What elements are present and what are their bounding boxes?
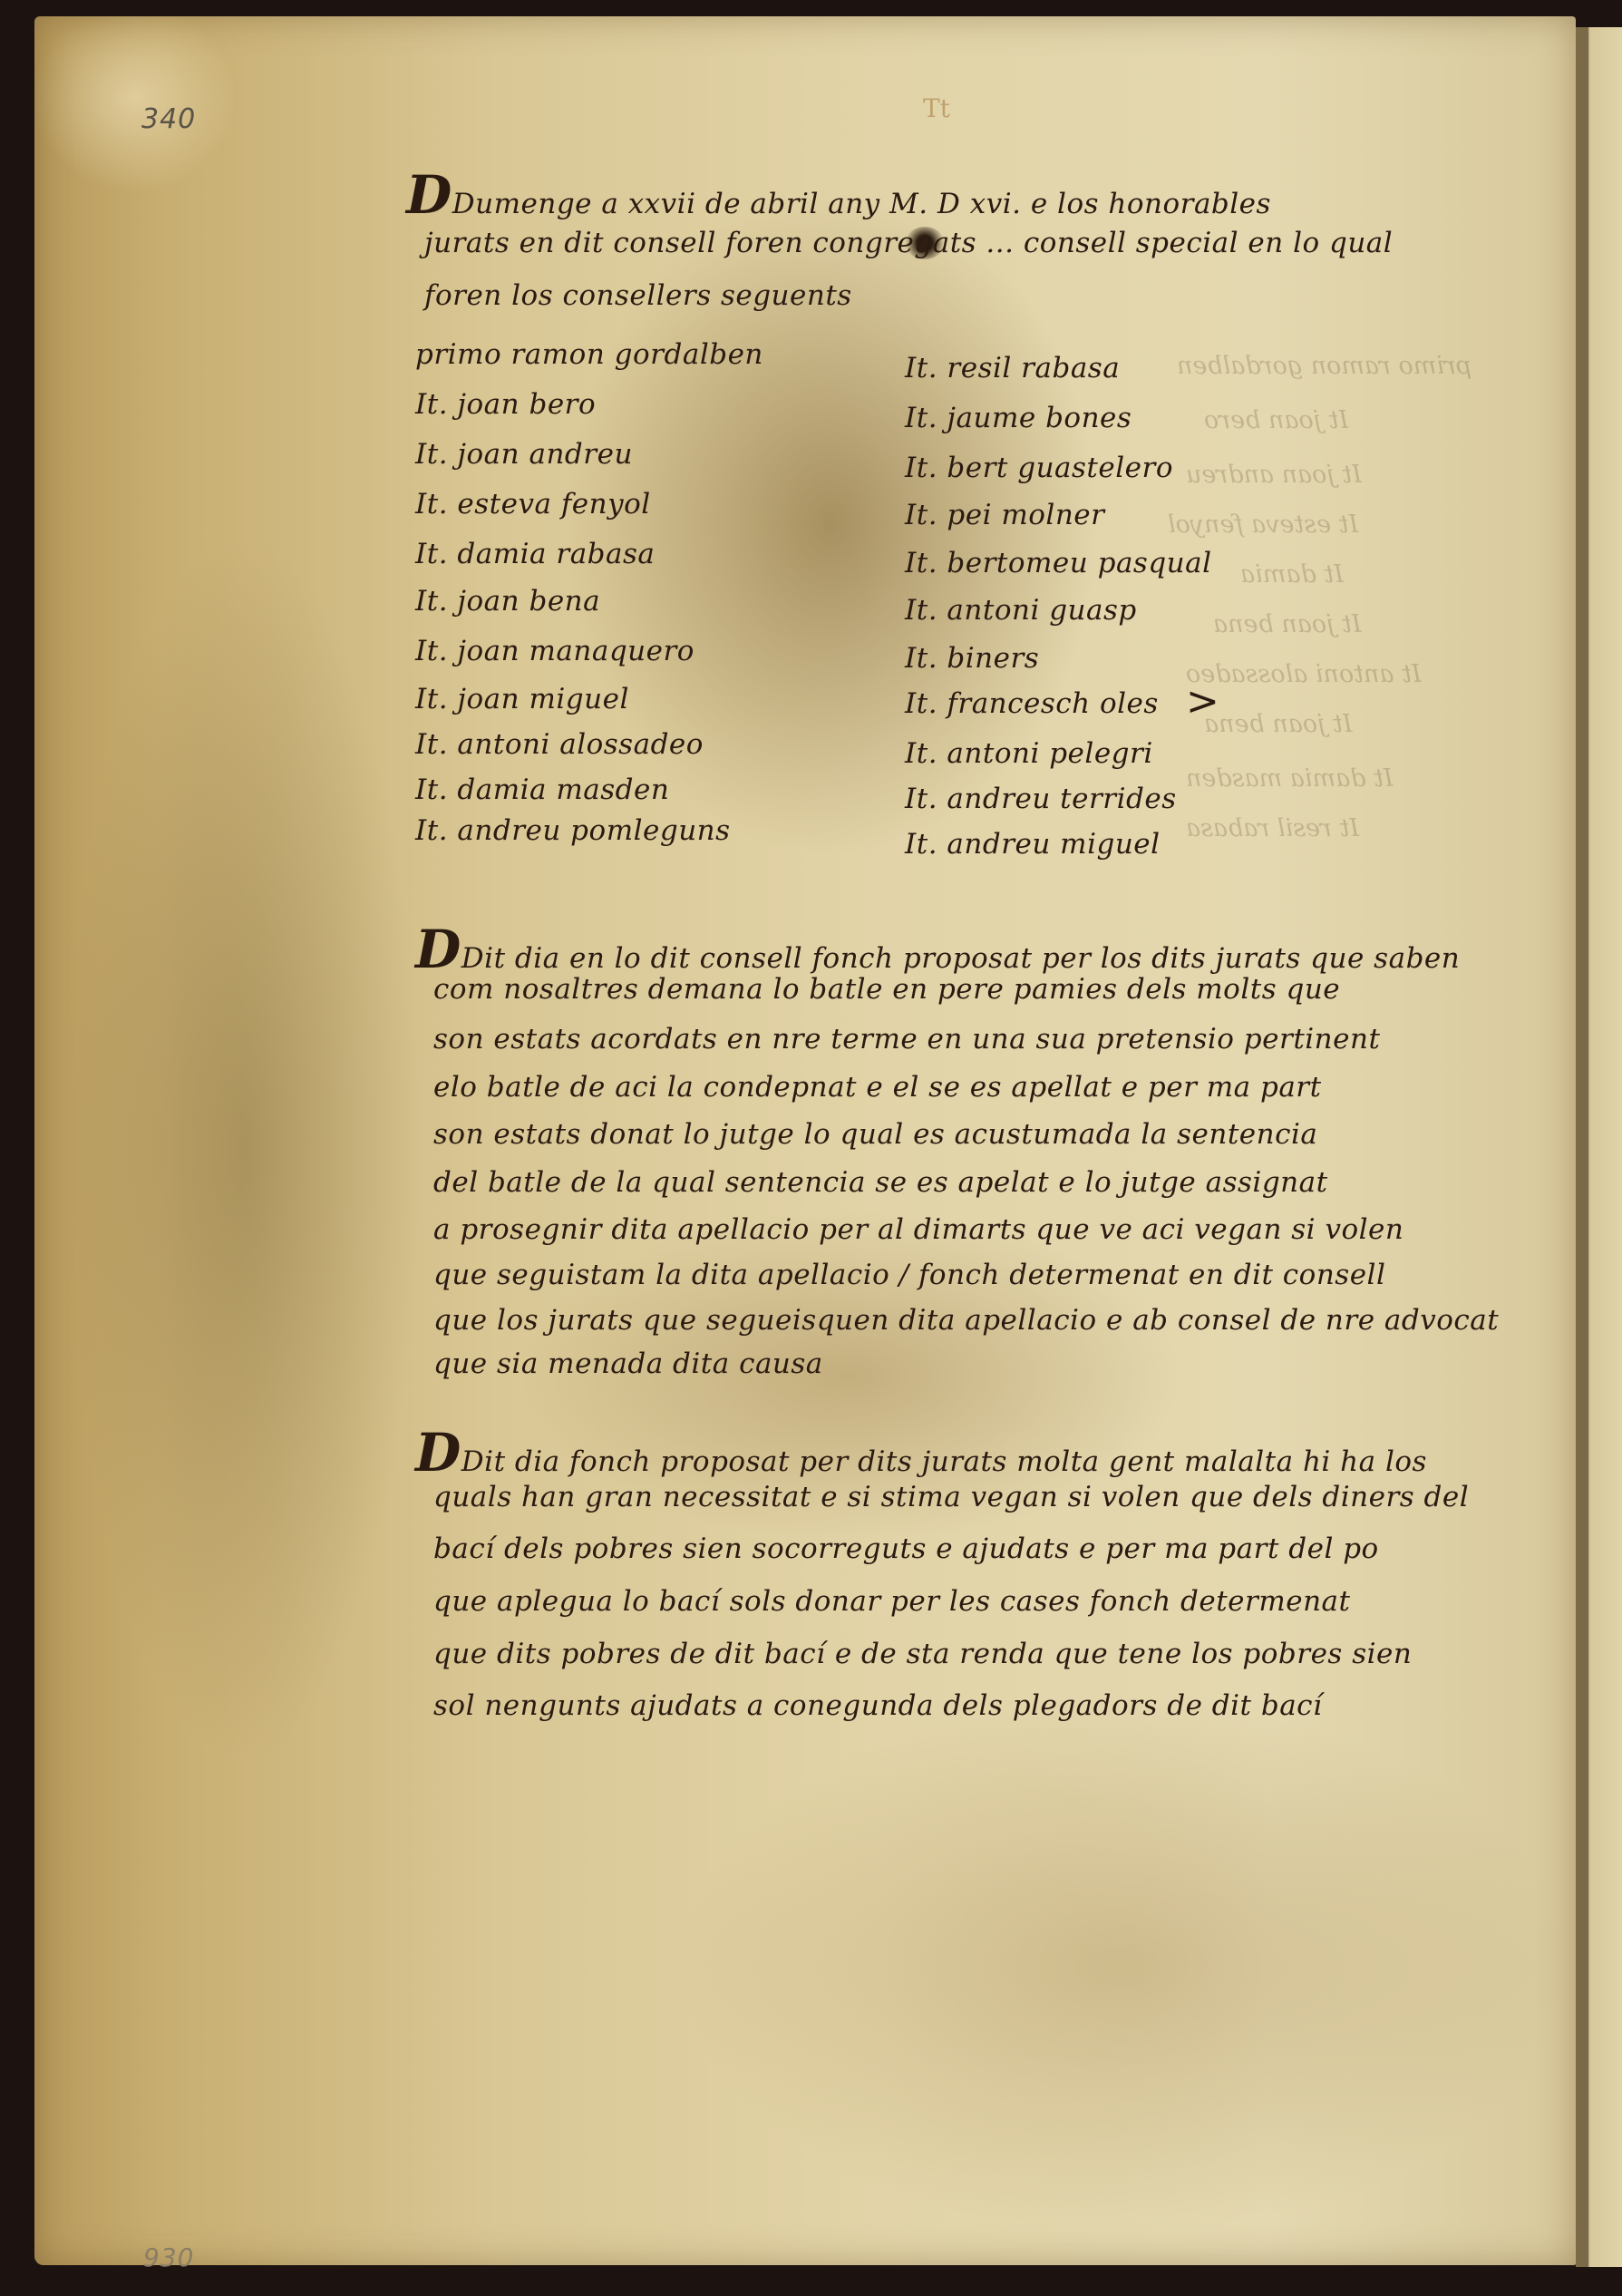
paragraph-line: que seguistam la dita apellacio / fonch … [433,1259,1385,1291]
councillor-name: It. andreu terrides [905,783,1177,815]
bracket-mark: > [1186,678,1219,725]
bleed-through-text: It damia masden [1186,764,1394,793]
gutter-shadow [1576,27,1588,2267]
header-line: foren los consellers seguents [424,279,852,312]
paragraph-line: son estats donat lo jutge lo qual es acu… [433,1118,1317,1151]
folio-number-top: 340 [141,103,196,135]
councillor-name: It. joan miguel [415,683,629,715]
paragraph-line: que los jurats que segueisquen dita apel… [433,1304,1499,1337]
councillor-name: It. jaume bones [905,402,1132,434]
bleed-through-text: It joan andreu [1186,461,1362,489]
paragraph-line: que dits pobres de dit bací e de sta ren… [433,1638,1412,1670]
bleed-through-text: It joan bero [1204,406,1348,434]
councillor-name: It. joan bero [415,388,596,421]
bleed-through-text: primo ramon gordalben [1177,352,1471,380]
paragraph-line: elo batle de aci la condepnat e el se es… [433,1071,1322,1104]
councillor-name: It. resil rabasa [905,352,1120,384]
bleed-through-text: It joan bena [1204,710,1353,738]
paragraph-line: bací dels pobres sien socorreguts e ajud… [433,1532,1379,1565]
bleed-through-text: It damia [1240,560,1344,589]
bleed-through-text: It antoni alossadeo [1186,660,1422,688]
councillor-name: It. esteva fenyol [415,488,651,520]
header-line: jurats en dit consell foren congregats .… [424,227,1393,259]
councillor-name: It. joan bena [415,585,600,618]
councillor-name: It. francesch oles [905,687,1159,720]
councillor-name: primo ramon gordalben [415,338,763,371]
paragraph-line: com nosaltres demana lo batle en pere pa… [433,973,1340,1006]
councillor-name: It. joan andreu [415,438,633,471]
manuscript-scan: 340 Tt 930 primo ramon gordalben It joan… [0,0,1622,2296]
folio-number-bottom: 930 [143,2242,194,2272]
councillor-name: It. antoni guasp [905,594,1137,627]
header-line: DDumenge a xxvii de abril any M. D xvi. … [406,169,1271,221]
councillor-name: It. biners [905,642,1039,675]
councillor-name: It. damia masden [415,773,669,806]
faint-mark-top: Tt [923,93,950,123]
paragraph-line: del batle de la qual sentencia se es ape… [433,1166,1328,1199]
councillor-name: It. antoni pelegri [905,737,1153,770]
decorated-initial: D [415,1422,461,1484]
councillor-name: It. bertomeu pasqual [905,547,1212,579]
paragraph-line: DDit dia en lo dit consell fonch proposa… [415,923,1460,976]
bleed-through-text: It esteva fenyol [1168,511,1358,539]
paragraph-line: a prosegnir dita apellacio per al dimart… [433,1213,1403,1246]
paragraph-line: quals han gran necessitat e si stima veg… [433,1481,1469,1513]
councillor-name: It. andreu pomleguns [415,814,731,847]
folio-page: 340 Tt 930 primo ramon gordalben It joan… [34,16,1576,2265]
paragraph-line: que sia menada dita causa [433,1347,823,1380]
paragraph-line: son estats acordats en nre terme en una … [433,1023,1380,1056]
councillor-name: It. joan manaquero [415,635,694,667]
councillor-name: It. antoni alossadeo [415,728,704,761]
decorated-initial: D [406,164,452,226]
councillor-name: It. damia rabasa [415,538,655,570]
paragraph-line: que aplegua lo bací sols donar per les c… [433,1585,1351,1618]
councillor-name: It. pei molner [905,499,1104,531]
decorated-initial: D [415,919,461,980]
councillor-name: It. bert guastelero [905,452,1173,484]
paragraph-line: DDit dia fonch proposat per dits jurats … [415,1426,1427,1479]
bleed-through-text: It resil rabasa [1186,814,1359,842]
councillor-name: It. andreu miguel [905,828,1161,861]
bleed-through-text: It joan bena [1213,610,1362,638]
paragraph-line: sol nengunts ajudats a conegunda dels pl… [433,1689,1322,1722]
